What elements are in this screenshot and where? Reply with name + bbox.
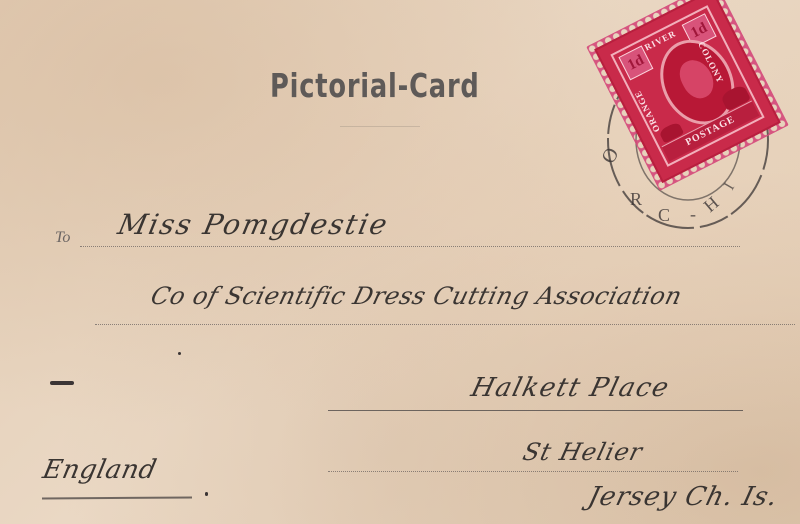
svg-text:C: C (658, 205, 670, 225)
address-line-2 (95, 324, 795, 325)
postcard: Pictorial-Card To Miss Pomgdestie Co of … (0, 0, 800, 524)
ink-dot (178, 352, 181, 355)
address-line-1 (80, 246, 740, 247)
title-rule (340, 126, 420, 127)
recipient-organisation: Co of Scientific Dress Cutting Associati… (148, 282, 685, 310)
svg-text:I: I (721, 180, 738, 193)
card-title: Pictorial-Card (270, 66, 480, 105)
recipient-country: England (40, 455, 159, 485)
recipient-town: St Helier (520, 438, 646, 466)
svg-text:-: - (690, 204, 696, 224)
ink-mark (50, 381, 74, 385)
svg-text:O: O (600, 144, 624, 168)
recipient-name: Miss Pomgdestie (115, 208, 392, 241)
recipient-island: Jersey Ch. Is. (585, 482, 781, 512)
recipient-street: Halkett Place (468, 373, 673, 403)
to-label: To (55, 229, 70, 247)
address-line-4 (328, 471, 738, 472)
ink-dot (205, 492, 208, 496)
svg-text:H: H (700, 192, 723, 216)
address-line-3 (328, 410, 743, 411)
country-underline (42, 496, 192, 499)
svg-text:R: R (630, 189, 642, 209)
